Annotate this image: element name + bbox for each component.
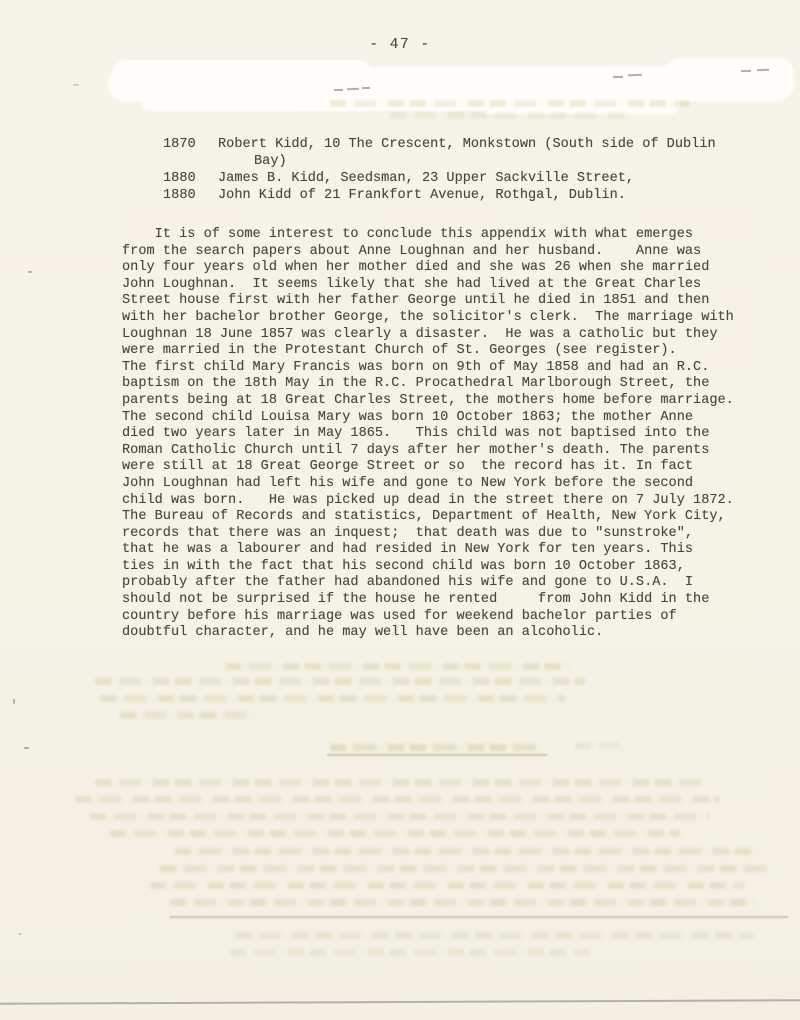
bleed-through-line bbox=[100, 695, 565, 702]
text-line: only four years old when her mother died… bbox=[122, 260, 762, 277]
bleed-through-line bbox=[160, 865, 770, 872]
scan-fold-line bbox=[0, 999, 800, 1004]
text-line: The first child Mary Francis was born on… bbox=[122, 360, 762, 377]
text-line: records that there was an inquest; that … bbox=[122, 526, 762, 543]
registry-year: 1880 bbox=[163, 187, 218, 204]
text-line: that he was a labourer and had resided i… bbox=[122, 542, 762, 559]
text-line: The second child Louisa Mary was born 10… bbox=[122, 410, 762, 427]
text-line: probably after the father had abandoned … bbox=[122, 575, 762, 592]
paper-speck bbox=[28, 271, 32, 273]
bleed-through-underline bbox=[327, 754, 547, 756]
text-line: The Bureau of Records and statistics, De… bbox=[122, 509, 762, 526]
registry-row: 1880John Kidd of 21 Frankfort Avenue, Ro… bbox=[163, 187, 716, 204]
pencil-dash bbox=[613, 76, 623, 78]
registry-list: 1870Robert Kidd, 10 The Crescent, Monkst… bbox=[163, 136, 716, 204]
registry-text: Robert Kidd, 10 The Crescent, Monkstown … bbox=[218, 137, 716, 152]
bleed-through-line bbox=[225, 663, 570, 670]
paper-speck bbox=[13, 699, 15, 704]
bleed-through-line bbox=[90, 813, 710, 820]
bleed-through-line bbox=[390, 112, 630, 119]
pencil-dash bbox=[741, 70, 751, 72]
registry-text: John Kidd of 21 Frankfort Avenue, Rothga… bbox=[218, 188, 626, 203]
bleed-through-line bbox=[175, 848, 760, 855]
bleed-through-footnote-rule bbox=[170, 916, 788, 918]
bleed-through-line bbox=[95, 678, 585, 685]
text-line: country before his marriage was used for… bbox=[122, 609, 762, 626]
bleed-through-line bbox=[230, 949, 590, 956]
text-line: parents being at 18 Great Charles Street… bbox=[122, 393, 762, 410]
registry-row: Bay) bbox=[163, 153, 716, 170]
bleed-through-line bbox=[235, 932, 755, 939]
text-line: Roman Catholic Church until 7 days after… bbox=[122, 443, 762, 460]
registry-year: 1870 bbox=[163, 136, 218, 153]
bleed-through-line bbox=[170, 899, 755, 906]
registry-text: James B. Kidd, Seedsman, 23 Upper Sackvi… bbox=[218, 171, 634, 186]
bleed-through-line bbox=[150, 882, 745, 889]
bleed-through-line bbox=[575, 742, 630, 749]
text-line: ties in with the fact that his second ch… bbox=[122, 559, 762, 576]
text-line: with her bachelor brother George, the so… bbox=[122, 310, 762, 327]
pencil-dash bbox=[334, 89, 343, 91]
text-line: It is of some interest to conclude this … bbox=[122, 227, 762, 244]
text-line: from the search papers about Anne Loughn… bbox=[122, 244, 762, 261]
pencil-dash bbox=[362, 87, 370, 89]
text-line: John Loughnan had left his wife and gone… bbox=[122, 476, 762, 493]
text-line: were still at 18 Great George Street or … bbox=[122, 459, 762, 476]
text-line: Loughnan 18 June 1857 was clearly a disa… bbox=[122, 327, 762, 344]
text-line: John Loughnan. It seems likely that she … bbox=[122, 277, 762, 294]
bleed-through-line bbox=[95, 779, 705, 786]
bleed-through-line bbox=[75, 796, 720, 803]
bleed-through-line bbox=[110, 830, 680, 837]
text-line: should not be surprised if the house he … bbox=[122, 592, 762, 609]
text-line: died two years later in May 1865. This c… bbox=[122, 426, 762, 443]
paper-speck bbox=[73, 84, 79, 86]
registry-year: 1880 bbox=[163, 170, 218, 187]
appendix-paragraph: It is of some interest to conclude this … bbox=[122, 227, 762, 642]
page-number: - 47 - bbox=[0, 37, 800, 54]
text-line: were married in the Protestant Church of… bbox=[122, 343, 762, 360]
registry-row: 1880James B. Kidd, Seedsman, 23 Upper Sa… bbox=[163, 170, 716, 187]
bleed-through-line bbox=[330, 100, 690, 107]
paper-speck bbox=[24, 747, 29, 749]
text-line: child was born. He was picked up dead in… bbox=[122, 493, 762, 510]
text-line: Street house first with her father Georg… bbox=[122, 293, 762, 310]
text-line: doubtful character, and he may well have… bbox=[122, 625, 762, 642]
registry-text: Bay) bbox=[218, 154, 287, 169]
bleed-through-heading bbox=[330, 744, 542, 751]
text-line: baptism on the 18th May in the R.C. Proc… bbox=[122, 376, 762, 393]
bleed-through-line bbox=[120, 712, 255, 719]
paper-speck bbox=[19, 933, 21, 935]
scanned-document-page: - 47 - 1870Robert Kidd, 10 The Crescent,… bbox=[0, 0, 800, 1020]
registry-row: 1870Robert Kidd, 10 The Crescent, Monkst… bbox=[163, 136, 716, 153]
